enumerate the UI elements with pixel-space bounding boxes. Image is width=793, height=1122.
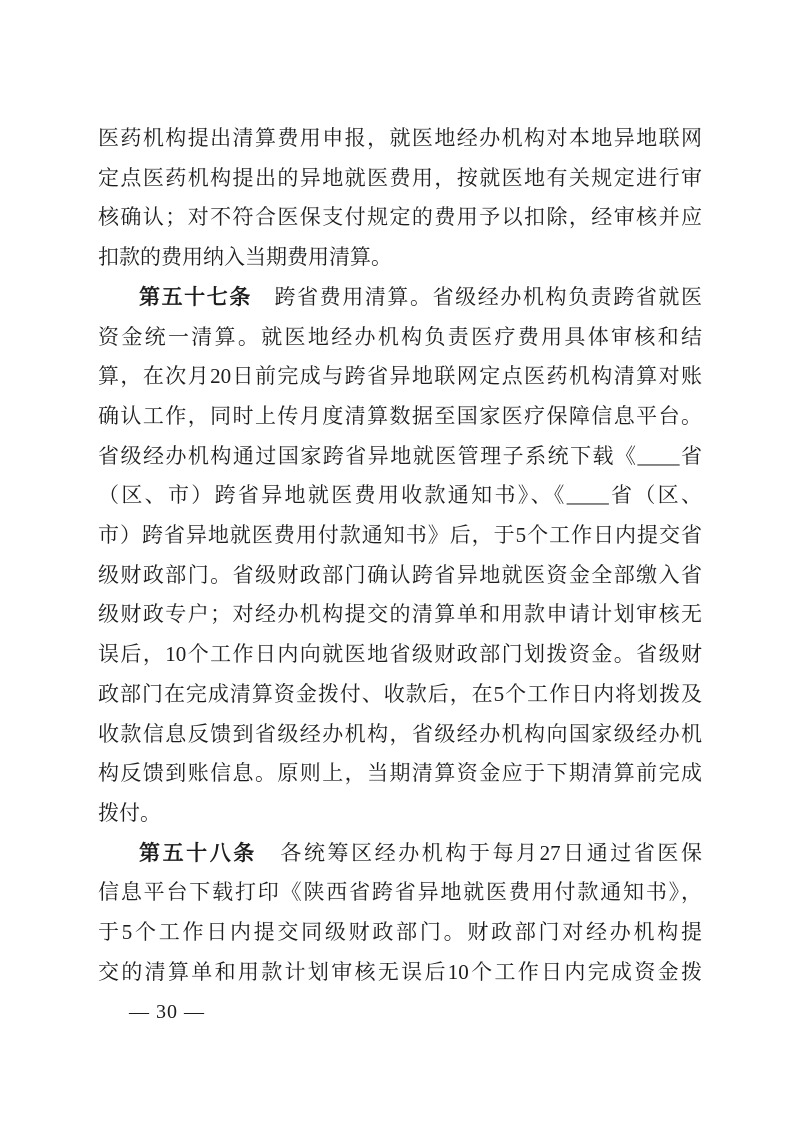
text-line: 构反馈到账信息。原则上，当期清算资金应于下期清算前完成	[98, 754, 702, 794]
text-line: 市）跨省异地就医费用付款通知书》后，于5个工作日内提交省	[98, 516, 702, 556]
text-line: 政部门在完成清算资金拨付、收款后，在5个工作日内将划拨及	[98, 675, 702, 715]
text-line: 收款信息反馈到省级经办机构，省级经办机构向国家级经办机	[98, 715, 702, 755]
text-line: 于5个工作日内提交同级财政部门。财政部门对经办机构提	[98, 913, 702, 953]
text-line: 资金统一清算。就医地经办机构负责医疗费用具体审核和结	[98, 318, 702, 358]
article-heading-line: 第五十七条 跨省费用清算。省级经办机构负责跨省就医	[98, 278, 702, 318]
text-line: 医药机构提出清算费用申报，就医地经办机构对本地异地联网	[98, 119, 702, 159]
article-number: 第五十八条	[139, 841, 257, 865]
text-line: 扣款的费用纳入当期费用清算。	[98, 238, 702, 278]
text-line: 核确认；对不符合医保支付规定的费用予以扣除，经审核并应	[98, 198, 702, 238]
document-body: 医药机构提出清算费用申报，就医地经办机构对本地异地联网定点医药机构提出的异地就医…	[98, 119, 702, 992]
text-line: 级财政专户；对经办机构提交的清算单和用款申请计划审核无	[98, 595, 702, 635]
text-line: 误后，10个工作日内向就医地省级财政部门划拨资金。省级财	[98, 635, 702, 675]
document-page: 医药机构提出清算费用申报，就医地经办机构对本地异地联网定点医药机构提出的异地就医…	[0, 0, 793, 1122]
article-number: 第五十七条	[139, 285, 252, 309]
text-line: 交的清算单和用款计划审核无误后10个工作日内完成资金拨	[98, 953, 702, 993]
article-heading-line: 第五十八条 各统筹区经办机构于每月27日通过省医保	[98, 834, 702, 874]
text-line: 省级经办机构通过国家跨省异地就医管理子系统下载《____省	[98, 437, 702, 477]
text-line: 确认工作，同时上传月度清算数据至国家医疗保障信息平台。	[98, 397, 702, 437]
text-line: 定点医药机构提出的异地就医费用，按就医地有关规定进行审	[98, 159, 702, 199]
text-line: （区、市）跨省异地就医费用收款通知书》、《____省（区、	[98, 476, 702, 516]
text-line: 算，在次月20日前完成与跨省异地联网定点医药机构清算对账	[98, 357, 702, 397]
page-number: — 30 —	[129, 999, 205, 1025]
text-line: 信息平台下载打印《陕西省跨省异地就医费用付款通知书》，	[98, 873, 702, 913]
text-line: 拨付。	[98, 794, 702, 834]
text-line: 级财政部门。省级财政部门确认跨省异地就医资金全部缴入省	[98, 556, 702, 596]
